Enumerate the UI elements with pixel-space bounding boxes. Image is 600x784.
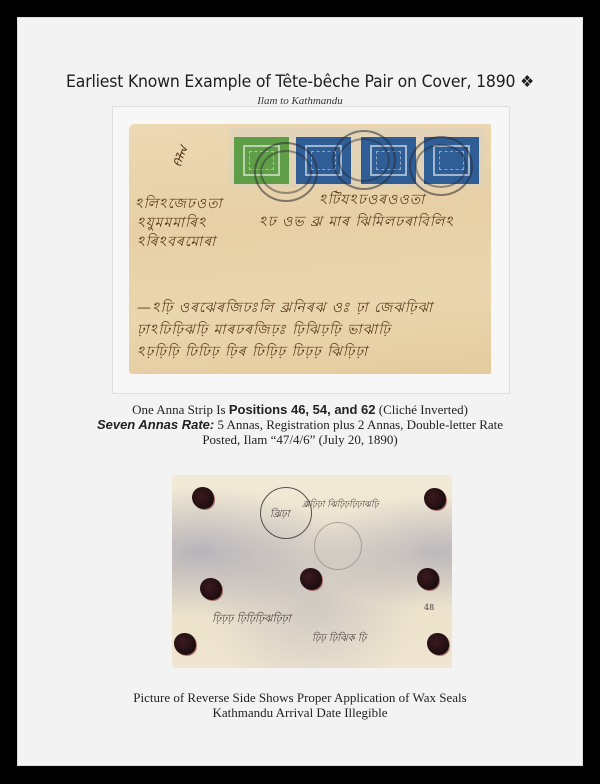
handwritten-note: ঝ্ৰিঢ়া: [270, 507, 289, 524]
caption-line-posted: Posted, Ilam “47/4/6” (July 20, 1890): [17, 432, 583, 447]
cancel-mark: [409, 136, 473, 196]
handwritten-note: ঢ়িঢ়ঢ় ঢ়িঢ়িঢ়িঝঢ়িঢ়া: [212, 610, 291, 629]
wax-seal: [427, 633, 449, 655]
caption-line-rate: Seven Annas Rate: 5 Annas, Registration …: [17, 417, 583, 432]
wax-seal: [300, 568, 322, 590]
page-title-text: Earliest Known Example of Tête-bêche Pai…: [66, 72, 515, 91]
annotation-number: 48: [424, 603, 434, 612]
front-cover-image: ᠻᠠᠯᠬ ঽলিঽজেঢওতা ঽযুমমমাৰিঽ ঽৰিঽবৰমোৰা ঽট…: [129, 124, 491, 374]
caption-line-positions: One Anna Strip Is Positions 46, 54, and …: [17, 402, 583, 417]
cancel-mark: [332, 130, 396, 190]
cancel-mark: [254, 142, 318, 202]
back-cover-image: ঝ্ৰঢ়িঢ়া ঝিঢ়িঢ়ঢ়িঢ়াঝঢ়ি ঝ্ৰিঢ়া ঢ়িঢ…: [172, 475, 452, 668]
postmark-faint: [314, 522, 362, 570]
handwritten-address: ঽঢ়ঢ়িঢ়ি ঢিঢিঢ় ঢ়িৰ ঢিঢ়িঢ় ঢিঢ়ঢ় ঝিঢ…: [137, 340, 368, 364]
page-title: Earliest Known Example of Tête-bêche Pai…: [31, 72, 569, 91]
ornament-icon: ❖: [520, 72, 534, 91]
wax-seal: [192, 487, 214, 509]
caption-text: One Anna Strip Is: [132, 402, 229, 417]
handwritten-note: ঝ্ৰঢ়িঢ়া ঝিঢ়িঢ়ঢ়িঢ়াঝঢ়ি: [302, 497, 378, 512]
handwritten-address: ঽটিযঽঢওৰওওতা: [319, 188, 425, 212]
caption-bold-text: Positions 46, 54, and 62: [229, 402, 376, 417]
front-cover-caption: One Anna Strip Is Positions 46, 54, and …: [17, 402, 583, 447]
handwritten-address: —ঽঢ়ি ওৰঝেৰজিঢঃলি ঝ্ৰনিৰঝ ওঃ ঢ়া জেঝঢ়িঝ…: [137, 296, 433, 320]
handwritten-address: ঽৰিঽবৰমোৰা: [137, 230, 216, 254]
handwritten-address: ঢ়াঽঢিঢ়িঝঢ়ি মাৰঢৰজিঢ়ঃ ঢ়িঝিঢ়ঢ়ি ভাঝা…: [137, 318, 391, 342]
front-cover-frame: ᠻᠠᠯᠬ ঽলিঽজেঢওতা ঽযুমমমাৰিঽ ঽৰিঽবৰমোৰা ঽট…: [112, 106, 510, 394]
caption-text: (Cliché Inverted): [376, 402, 468, 417]
wax-seal: [174, 633, 196, 655]
wax-seal: [417, 568, 439, 590]
back-cover-caption: Picture of Reverse Side Shows Proper App…: [17, 690, 583, 720]
caption-line-seals: Picture of Reverse Side Shows Proper App…: [17, 690, 583, 705]
handwritten-address: ঽঢ ওভ ঝ্ৰ মাৰ ঝিমিলঢৰাবিলিঽ: [259, 210, 454, 234]
handwritten-registration-mark: ᠻᠠᠯᠬ: [163, 141, 192, 169]
exhibit-page: Earliest Known Example of Tête-bêche Pai…: [17, 17, 583, 766]
caption-bold-italic-text: Seven Annas Rate:: [97, 417, 214, 432]
wax-seal: [424, 488, 446, 510]
stamp-strip: [229, 128, 485, 188]
handwritten-note: ঢ়িঢ় ঢ়িঝিক ঢ়ি: [312, 631, 366, 648]
caption-line-arrival: Kathmandu Arrival Date Illegible: [17, 705, 583, 720]
wax-seal: [200, 578, 222, 600]
caption-text: 5 Annas, Registration plus 2 Annas, Doub…: [214, 417, 503, 432]
